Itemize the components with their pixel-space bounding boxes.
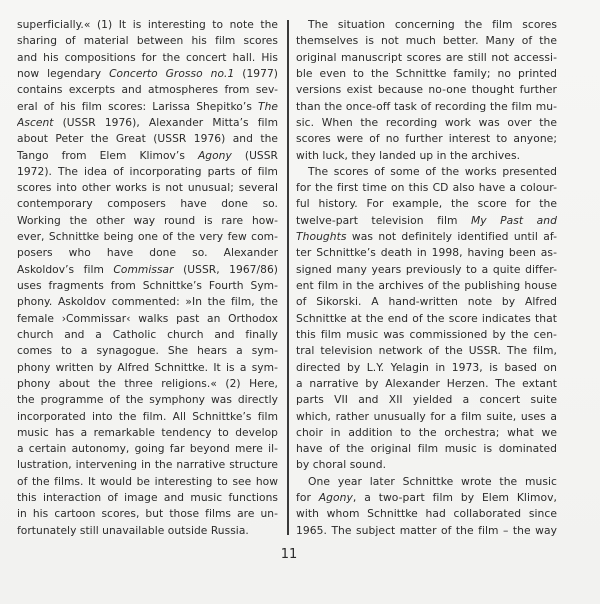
text-segment: the programme of the symphony was direct… — [17, 393, 278, 406]
text-segment: 1972). The idea of incorporating parts o… — [17, 165, 278, 178]
text-segment: twelve-part television film — [296, 214, 471, 227]
text-segment: church and a Catholic church and finally — [17, 328, 278, 341]
text-segment: sharing of material between his film sco… — [17, 34, 278, 47]
text-segment: signed many years previously to a quite … — [296, 263, 557, 276]
text-segment: comes to a synagogue. She hears a sym- — [17, 344, 278, 357]
text-segment: contains excerpts and atmospheres from s… — [17, 83, 278, 96]
text-segment: directed by L.Y. Yelagin in 1973, is bas… — [296, 361, 557, 374]
text-line: this interaction of image and music func… — [17, 490, 278, 506]
text-line: music has a remarkable tendency to devel… — [17, 425, 278, 441]
text-segment: by choral sound. — [296, 458, 386, 471]
text-segment: choir in addition to the orchestra; what… — [296, 426, 557, 439]
text-line: with whom Schnittke had collaborated sin… — [296, 506, 557, 522]
italic-title: Agony — [319, 491, 353, 504]
text-segment: themselves is not much better. Many of t… — [296, 34, 557, 47]
text-segment: ful history. For example, the score for … — [296, 197, 557, 210]
text-segment: for — [296, 491, 319, 504]
text-segment: 1965. The subject matter of the film – t… — [296, 524, 557, 537]
text-segment: scores were of no further interest to an… — [296, 132, 557, 145]
text-segment: contemporary composers have done so. — [17, 197, 278, 210]
text-segment: music has a remarkable tendency to devel… — [17, 426, 278, 439]
text-segment: female ›Commissar‹ walks past an Orthodo… — [17, 312, 278, 325]
text-line: ent film in the archives of the publishi… — [296, 278, 557, 294]
text-line: for the first time on this CD also have … — [296, 180, 557, 196]
text-line: of the films. It would be interesting to… — [17, 474, 278, 490]
text-segment: this film music was commissioned by the … — [296, 328, 557, 341]
text-line: fortunately still unavailable outside Ru… — [17, 523, 278, 539]
text-line: Thoughts was not definitely identified u… — [296, 229, 557, 245]
text-line: this film music was commissioned by the … — [296, 327, 557, 343]
text-line: scores into other works is not unusual; … — [17, 180, 278, 196]
text-segment: original manuscript scores are still not… — [296, 51, 557, 64]
text-segment: (1977) — [234, 67, 278, 80]
text-segment: posers who have done so. Alexander — [17, 246, 278, 259]
text-line: uses fragments from Schnittke’s Fourth S… — [17, 278, 278, 294]
text-segment: with luck, they landed up in the archive… — [296, 149, 520, 162]
left-text-column: superficially.« (1) It is interesting to… — [17, 17, 278, 539]
text-line: original manuscript scores are still not… — [296, 50, 557, 66]
text-line: of Sikorski. A hand-written note by Alfr… — [296, 294, 557, 310]
text-segment: parts VII and XII yielded a concert suit… — [296, 393, 557, 406]
text-segment: eral of his film scores: Larissa Shepitk… — [17, 100, 258, 113]
text-segment: One year later Schnittke wrote the music — [308, 475, 557, 488]
text-segment: phony. Askoldov commented: »In the film,… — [17, 295, 278, 308]
text-line: The scores of some of the works presente… — [296, 164, 557, 180]
text-line: ter Schnittke’s death in 1998, having be… — [296, 245, 557, 261]
text-line: Tango from Elem Klimov’s Agony (USSR — [17, 148, 278, 164]
text-segment: (USSR, 1967/86) — [174, 263, 278, 276]
text-line: phony written by Alfred Schnittke. It is… — [17, 360, 278, 376]
text-line: church and a Catholic church and finally — [17, 327, 278, 343]
text-line: Schnittke at the end of the score indica… — [296, 311, 557, 327]
text-segment: was not definitely identified until af- — [347, 230, 557, 243]
italic-title: Agony — [198, 149, 232, 162]
text-segment: now legendary — [17, 67, 109, 80]
text-line: themselves is not much better. Many of t… — [296, 33, 557, 49]
text-segment: a certain autonomy, going far beyond mer… — [17, 442, 278, 455]
text-segment: of Sikorski. A hand-written note by Alfr… — [296, 295, 557, 308]
italic-title: Thoughts — [296, 230, 347, 243]
text-segment: about Peter the Great (USSR 1976) and th… — [17, 132, 278, 145]
text-segment: than the once-off task of recording the … — [296, 100, 557, 113]
text-line: in his cartoon scores, but those films a… — [17, 506, 278, 522]
text-line: female ›Commissar‹ walks past an Orthodo… — [17, 311, 278, 327]
text-segment: a narrative by Alexander Herzen. The ext… — [296, 377, 557, 390]
text-line: twelve-part television film My Past and — [296, 213, 557, 229]
text-line: ever, Schnittke being one of the very fe… — [17, 229, 278, 245]
italic-title: My Past and — [471, 214, 557, 227]
text-line: tral television network of the USSR. The… — [296, 343, 557, 359]
text-line: contemporary composers have done so. — [17, 196, 278, 212]
text-line: phony about the three religions.« (2) He… — [17, 376, 278, 392]
text-line: One year later Schnittke wrote the music — [296, 474, 557, 490]
text-line: 1972). The idea of incorporating parts o… — [17, 164, 278, 180]
text-line: lustration, intervening in the narrative… — [17, 457, 278, 473]
text-segment: , a two-part film by Elem Klimov, — [353, 491, 557, 504]
text-segment: and his compositions for the concert hal… — [17, 51, 278, 64]
text-line: superficially.« (1) It is interesting to… — [17, 17, 278, 33]
text-line: sic. When the recording work was over th… — [296, 115, 557, 131]
text-line: now legendary Concerto Grosso no.1 (1977… — [17, 66, 278, 82]
text-segment: ter Schnittke’s death in 1998, having be… — [296, 246, 557, 259]
text-line: a narrative by Alexander Herzen. The ext… — [296, 376, 557, 392]
text-segment: for the first time on this CD also have … — [296, 181, 557, 194]
text-segment: The scores of some of the works presente… — [308, 165, 557, 178]
column-divider — [287, 20, 289, 535]
text-line: ble even to the Schnittke family; no pri… — [296, 66, 557, 82]
text-segment: incorporated into the film. All Schnittk… — [17, 410, 278, 423]
text-segment: have of the original film music is domin… — [296, 442, 557, 455]
text-line: comes to a synagogue. She hears a sym- — [17, 343, 278, 359]
text-line: a certain autonomy, going far beyond mer… — [17, 441, 278, 457]
text-segment: (USSR — [232, 149, 278, 162]
text-segment: in his cartoon scores, but those films a… — [17, 507, 278, 520]
text-line: signed many years previously to a quite … — [296, 262, 557, 278]
text-segment: versions exist because no-one thought fu… — [296, 83, 557, 96]
text-line: than the once-off task of recording the … — [296, 99, 557, 115]
text-line: have of the original film music is domin… — [296, 441, 557, 457]
text-segment: this interaction of image and music func… — [17, 491, 278, 504]
text-segment: fortunately still unavailable outside Ru… — [17, 524, 249, 537]
text-segment: Working the other way round is rare how- — [17, 214, 278, 227]
text-segment: tral television network of the USSR. The… — [296, 344, 557, 357]
text-line: with luck, they landed up in the archive… — [296, 148, 557, 164]
text-line: ful history. For example, the score for … — [296, 196, 557, 212]
text-line: incorporated into the film. All Schnittk… — [17, 409, 278, 425]
text-line: scores were of no further interest to an… — [296, 131, 557, 147]
text-line: posers who have done so. Alexander — [17, 245, 278, 261]
text-segment: of the films. It would be interesting to… — [17, 475, 278, 488]
text-segment: The situation concerning the film scores — [308, 18, 557, 31]
page-number: 11 — [279, 547, 299, 562]
text-segment: (USSR 1976), Alexander Mitta’s film — [54, 116, 279, 129]
text-line: which, rather unusually for a film suite… — [296, 409, 557, 425]
text-segment: scores into other works is not unusual; … — [17, 181, 278, 194]
text-segment: phony written by Alfred Schnittke. It is… — [17, 361, 278, 374]
text-line: for Agony, a two-part film by Elem Klimo… — [296, 490, 557, 506]
text-line: by choral sound. — [296, 457, 557, 473]
text-line: eral of his film scores: Larissa Shepitk… — [17, 99, 278, 115]
text-line: versions exist because no-one thought fu… — [296, 82, 557, 98]
text-line: about Peter the Great (USSR 1976) and th… — [17, 131, 278, 147]
italic-title: Ascent — [17, 116, 54, 129]
text-line: phony. Askoldov commented: »In the film,… — [17, 294, 278, 310]
text-segment: ent film in the archives of the publishi… — [296, 279, 557, 292]
italic-title: Concerto Grosso no.1 — [109, 67, 234, 80]
text-line: Ascent (USSR 1976), Alexander Mitta’s fi… — [17, 115, 278, 131]
text-segment: ble even to the Schnittke family; no pri… — [296, 67, 557, 80]
text-segment: phony about the three religions.« (2) He… — [17, 377, 278, 390]
text-segment: Tango from Elem Klimov’s — [17, 149, 198, 162]
text-segment: uses fragments from Schnittke’s Fourth S… — [17, 279, 278, 292]
text-line: 1965. The subject matter of the film – t… — [296, 523, 557, 539]
text-line: The situation concerning the film scores — [296, 17, 557, 33]
text-segment: superficially.« (1) It is interesting to… — [17, 18, 278, 31]
italic-title: The — [258, 100, 278, 113]
text-line: choir in addition to the orchestra; what… — [296, 425, 557, 441]
text-segment: Schnittke at the end of the score indica… — [296, 312, 557, 325]
text-line: Askoldov’s film Commissar (USSR, 1967/86… — [17, 262, 278, 278]
text-segment: sic. When the recording work was over th… — [296, 116, 557, 129]
right-text-column: The situation concerning the film scores… — [296, 17, 557, 539]
text-line: contains excerpts and atmospheres from s… — [17, 82, 278, 98]
text-segment: with whom Schnittke had collaborated sin… — [296, 507, 557, 520]
text-segment: lustration, intervening in the narrative… — [17, 458, 278, 471]
text-line: directed by L.Y. Yelagin in 1973, is bas… — [296, 360, 557, 376]
text-segment: Askoldov’s film — [17, 263, 113, 276]
text-line: parts VII and XII yielded a concert suit… — [296, 392, 557, 408]
italic-title: Commissar — [113, 263, 173, 276]
text-segment: which, rather unusually for a film suite… — [296, 410, 557, 423]
text-segment: ever, Schnittke being one of the very fe… — [17, 230, 278, 243]
text-line: sharing of material between his film sco… — [17, 33, 278, 49]
text-line: and his compositions for the concert hal… — [17, 50, 278, 66]
text-line: Working the other way round is rare how- — [17, 213, 278, 229]
booklet-page: superficially.« (1) It is interesting to… — [0, 0, 600, 604]
text-line: the programme of the symphony was direct… — [17, 392, 278, 408]
